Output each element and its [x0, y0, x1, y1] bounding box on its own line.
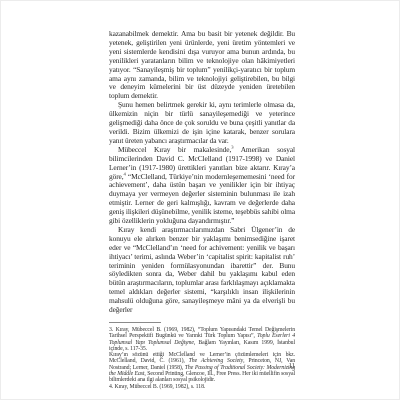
book-page: kazanabilmek demektir. Ama bu basit bir …: [0, 0, 400, 400]
footnote-item: 4. Kıray, Mübeccel B. (1969, 1982), s. 1…: [109, 384, 295, 390]
footnote-separator: [109, 322, 161, 323]
text-column: kazanabilmek demektir. Ama bu basit bir …: [109, 30, 295, 390]
body-paragraph: Mübeccel Kıray bir makalesinde,3 Amerika…: [109, 146, 295, 226]
body-text: kazanabilmek demektir. Ama bu basit bir …: [109, 30, 295, 315]
body-paragraph: Şunu hemen belirtmek gerekir ki, aynı te…: [109, 101, 295, 146]
footnotes: 3. Kıray, Mübeccel B. (1969, 1982), “Top…: [109, 327, 295, 390]
footnote-item: 3. Kıray, Mübeccel B. (1969, 1982), “Top…: [109, 327, 295, 352]
body-paragraph: kazanabilmek demektir. Ama bu basit bir …: [109, 30, 295, 101]
body-paragraph: Kıray kendi araştırmacılarımızdan Sabri …: [109, 226, 295, 315]
page-number: 11: [109, 363, 295, 370]
